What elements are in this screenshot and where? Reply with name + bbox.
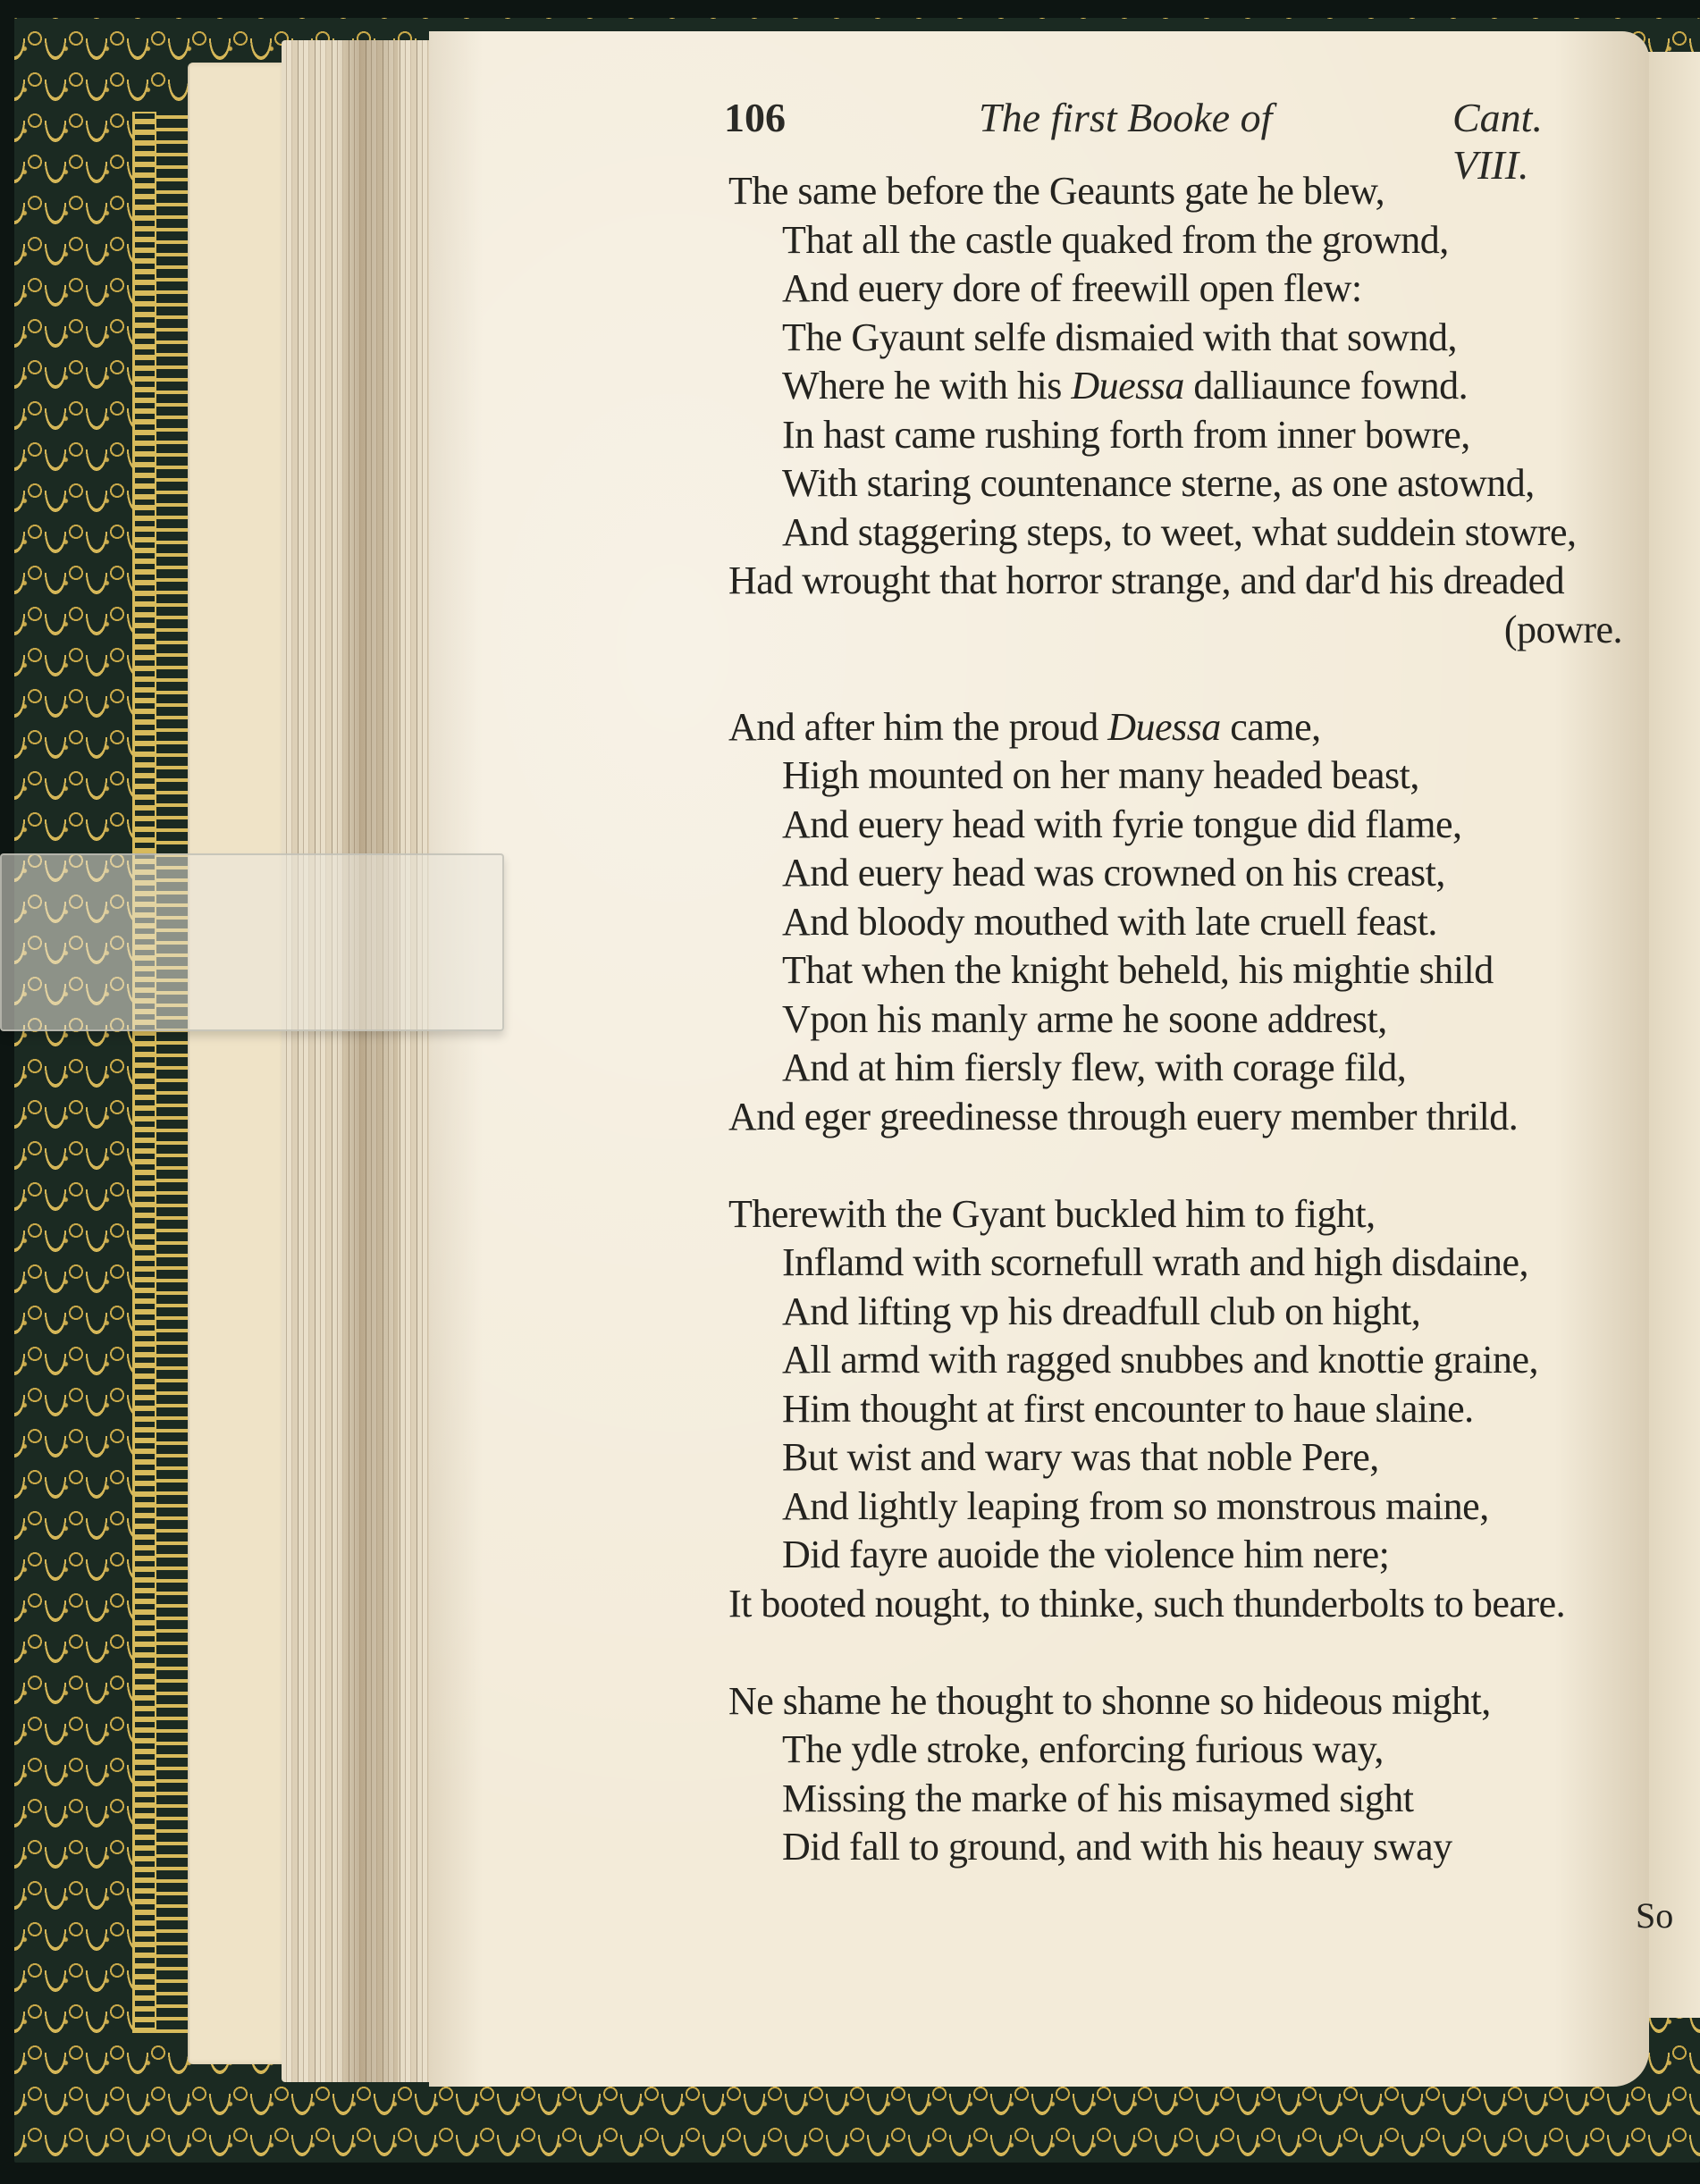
verse-line: Where he with his Duessa dalliaunce fown…	[728, 362, 1667, 411]
catchword: So	[1636, 1894, 1673, 1936]
verse-line: Inflamd with scornefull wrath and high d…	[728, 1239, 1667, 1288]
page-edges-stack	[282, 40, 451, 2082]
verse-line: Him thought at first encounter to haue s…	[728, 1385, 1667, 1434]
italic-name: Duessa	[1107, 705, 1221, 749]
verse-line: But wist and wary was that noble Pere,	[728, 1433, 1667, 1483]
verse-line: In hast came rushing forth from inner bo…	[728, 411, 1667, 460]
verse-line: And lightly leaping from so monstrous ma…	[728, 1483, 1667, 1532]
running-head: 106 The first Booke of Cant. VIII.	[724, 94, 1618, 147]
verse-line: And lifting vp his dreadfull club on hig…	[728, 1288, 1667, 1337]
stanza-gap	[728, 1628, 1667, 1677]
verse-line: It booted nought, to thinke, such thunde…	[728, 1580, 1667, 1629]
verse-line: And eger greedinesse through euery membe…	[728, 1093, 1667, 1142]
verse-line: And staggering steps, to weet, what sudd…	[728, 508, 1667, 558]
flyleaf	[188, 63, 288, 2064]
verse-line: With staring countenance sterne, as one …	[728, 459, 1667, 508]
running-title: The first Booke of	[979, 94, 1272, 141]
verse-line: High mounted on her many headed beast,	[728, 752, 1667, 801]
verse-line: Missing the marke of his misaymed sight	[728, 1775, 1667, 1824]
verse-line: And euery head with fyrie tongue did fla…	[728, 801, 1667, 850]
verse-line: Vpon his manly arme he soone addrest,	[728, 995, 1667, 1045]
verse-line: Had wrought that horror strange, and dar…	[728, 557, 1667, 606]
verse-line: The ydle stroke, enforcing furious way,	[728, 1726, 1667, 1775]
verse-line: The same before the Geaunts gate he blew…	[728, 167, 1667, 216]
verse-line: And at him fiersly flew, with corage fil…	[728, 1044, 1667, 1093]
verse-text-block: The same before the Geaunts gate he blew…	[728, 167, 1667, 1872]
verse-line: And bloody mouthed with late cruell feas…	[728, 898, 1667, 947]
verse-line: All armd with ragged snubbes and knottie…	[728, 1336, 1667, 1385]
verse-line: And euery head was crowned on his creast…	[728, 849, 1667, 898]
verse-line: That all the castle quaked from the grow…	[728, 216, 1667, 265]
verse-line: Did fayre auoide the violence him nere;	[728, 1531, 1667, 1580]
verse-line: (powre.	[728, 606, 1667, 655]
verse-line: Did fall to ground, and with his heauy s…	[728, 1823, 1667, 1872]
stanza-gap	[728, 654, 1667, 703]
verse-line: And euery dore of freewill open flew:	[728, 265, 1667, 314]
verse-line: The Gyaunt selfe dismaied with that sown…	[728, 314, 1667, 363]
verse-line: Therewith the Gyant buckled him to fight…	[728, 1190, 1667, 1239]
verse-line: And after him the proud Duessa came,	[728, 703, 1667, 752]
acrylic-page-weight	[0, 853, 504, 1031]
page-number: 106	[724, 94, 786, 141]
verse-line: Ne shame he thought to shonne so hideous…	[728, 1677, 1667, 1726]
stanza-gap	[728, 1141, 1667, 1190]
verse-line: That when the knight beheld, his mightie…	[728, 946, 1667, 995]
italic-name: Duessa	[1071, 364, 1184, 407]
